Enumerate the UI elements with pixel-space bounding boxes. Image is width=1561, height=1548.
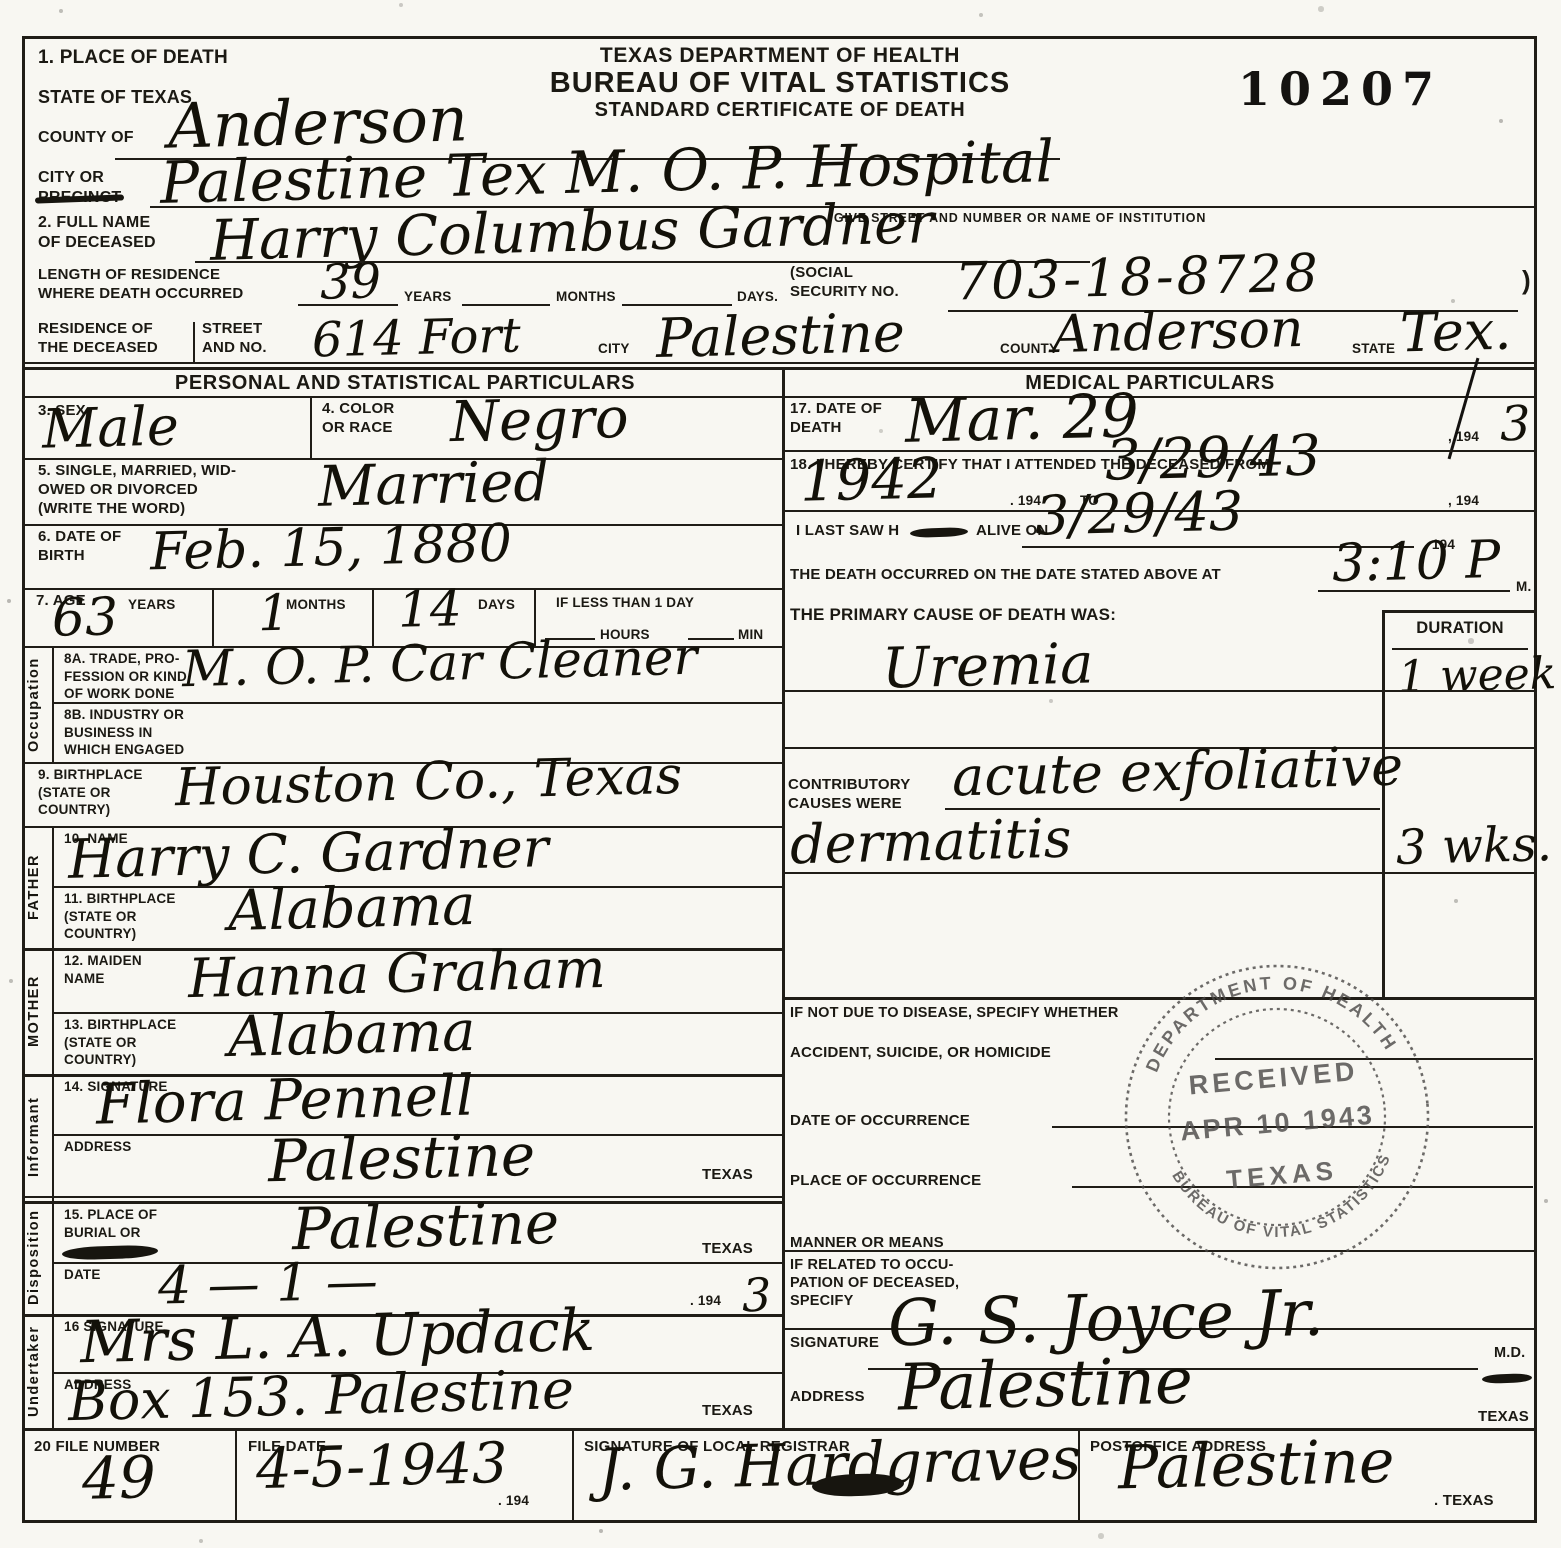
personal-mother_name_label-1-text: NAME (64, 970, 142, 988)
residence-state_label-text: STATE (1352, 340, 1395, 358)
header-county_label-text: COUNTY OF (38, 128, 134, 148)
residence_length-months_label-text: MONTHS (556, 288, 616, 306)
personal-industry_label-1-text: BUSINESS IN (64, 724, 184, 742)
common-dot_texas-text: . TEXAS (1434, 1492, 1494, 1511)
personal-age-min_label-text: MIN (738, 626, 763, 644)
burial-date-194-print: . 194 (690, 1292, 721, 1310)
informant-address-label: ADDRESS (64, 1138, 131, 1156)
mother-birthplace-label: 13. BIRTHPLACE(STATE ORCOUNTRY) (64, 1016, 176, 1069)
death-time-handwritten: 3:10 P (1331, 530, 1501, 594)
personal-trade_label-0-text: 8A. TRADE, PRO- (64, 650, 187, 668)
common-comma_194-text: , 194 (1448, 492, 1479, 510)
length-of-residence-label: LENGTH OF RESIDENCEWHERE DEATH OCCURRED (38, 266, 243, 304)
stamp-received-text: RECEIVED (1188, 1056, 1360, 1101)
common-texas-text: TEXAS (1478, 1408, 1529, 1427)
medical-dod_label-0-text: 17. DATE OF (790, 400, 882, 419)
personal-burial_label-0-text: 15. PLACE OF (64, 1206, 157, 1224)
duration-box-left-border (1382, 610, 1385, 997)
postoffice-texas-label: . TEXAS (1434, 1492, 1494, 1511)
him-scribble (910, 527, 968, 538)
personal-burial_label-1-text: BURIAL OR (64, 1224, 157, 1242)
medical-place_occurrence_label-text: PLACE OF OCCURRENCE (790, 1172, 981, 1191)
border-top (22, 36, 1537, 39)
date-of-birth-label: 6. DATE OFBIRTH (38, 528, 121, 566)
name_row-label-0-text: 2. FULL NAME (38, 213, 156, 233)
residence-city-label: CITY (598, 340, 630, 358)
md-struck-scribble (1482, 1373, 1532, 1384)
mother-name-handwritten: Hanna Graham (187, 937, 606, 1010)
days-label: DAYS. (737, 288, 778, 306)
personal-age-months_label-text: MONTHS (286, 596, 346, 614)
personal-father_bp_label-2-text: COUNTRY) (64, 925, 176, 943)
md-label: M.D. (1494, 1344, 1525, 1362)
residence_length-label-0-text: LENGTH OF RESIDENCE (38, 266, 243, 285)
precinct-struck-word: PRECINCT (38, 188, 121, 208)
common-texas-text: TEXAS (702, 1402, 753, 1421)
residence_length-days_label-text: DAYS. (737, 288, 778, 306)
father-side-label: FATHER (26, 826, 42, 948)
scan-noise (0, 0, 2, 2)
death-certificate-scan: 1. PLACE OF DEATH STATE OF TEXAS COUNTY … (0, 0, 1561, 1548)
personal-color_label-0-text: 4. COLOR (322, 400, 394, 419)
physician-texas-label: TEXAS (1478, 1408, 1529, 1427)
center-divider-line (782, 367, 785, 1428)
months-line (462, 304, 550, 306)
undertaker-side-label: Undertaker (26, 1314, 42, 1428)
contributory-label: CONTRIBUTORYCAUSES WERE (788, 776, 910, 814)
race-handwritten-value: Negro (449, 386, 629, 455)
age-divider-1 (212, 588, 214, 646)
header-city_label-0-text: CITY OR (38, 168, 121, 188)
stamp-arc-top: DEPARTMENT OF HEALTH (1135, 962, 1403, 1076)
stamp-date-text: APR 10 1943 (1179, 1100, 1376, 1147)
row8a-bottom-line (52, 702, 782, 704)
mother-side-label: MOTHER (26, 948, 42, 1074)
occupation-side-divider (52, 646, 54, 762)
sex-color-divider (310, 396, 312, 458)
personal-industry_label-0-text: 8B. INDUSTRY OR (64, 706, 184, 724)
common-texas-text: TEXAS (702, 1166, 753, 1185)
file-date-194-print: . 194 (498, 1492, 529, 1510)
father-birthplace-label: 11. BIRTHPLACE(STATE ORCOUNTRY) (64, 890, 176, 943)
months-label: MONTHS (556, 288, 616, 306)
age-days-handwritten: 14 (397, 579, 462, 639)
medical-md_label-text: M.D. (1494, 1344, 1525, 1362)
undertaker-address-handwritten: Box 153. Palestine (67, 1358, 574, 1433)
label-line: DEPARTMENT OF HEALTH (1135, 962, 1403, 1076)
medical-accident_label-text: ACCIDENT, SUICIDE, OR HOMICIDE (790, 1044, 1051, 1063)
medical-related_label-0-text: IF RELATED TO OCCU- (790, 1256, 959, 1274)
mother-birthplace-handwritten: Alabama (227, 999, 476, 1070)
last-saw-handwritten: 3/29/43 (1034, 479, 1244, 547)
personal-color_label-1-text: OR RACE (322, 419, 394, 438)
personal-birthplace_label-2-text: COUNTRY) (38, 801, 143, 819)
accident-suicide-label: ACCIDENT, SUICIDE, OR HOMICIDE (790, 1044, 1051, 1063)
personal-age-days_label-text: DAYS (478, 596, 515, 614)
place-of-occurrence-label: PLACE OF OCCURRENCE (790, 1172, 981, 1191)
dept-title-line1: TEXAS DEPARTMENT OF HEALTH (480, 44, 1080, 68)
city-or-precinct-label: CITY OR PRECINCT (38, 168, 121, 208)
medical-duration_label-text: DURATION (1390, 618, 1530, 639)
personal-trade_label-1-text: FESSION OR KIND (64, 668, 187, 686)
residence-street_label-0-text: STREET (202, 320, 267, 339)
marital-status-label: 5. SINGLE, MARRIED, WID-OWED OR DIVORCED… (38, 462, 236, 518)
cause-line-1 (784, 690, 1535, 692)
primary-cause-label: THE PRIMARY CAUSE OF DEATH WAS: (790, 604, 1116, 625)
undertaker-texas-label: TEXAS (702, 1402, 753, 1421)
residence-label-1-text: THE DECEASED (38, 339, 158, 358)
residence_length-label-1-text: WHERE DEATH OCCURRED (38, 285, 243, 304)
personal-burial_date_label-text: DATE (64, 1266, 101, 1284)
file-number-handwritten: 49 (81, 1443, 156, 1513)
death-time-line (1318, 590, 1510, 592)
medical-occurred_label-text: THE DEATH OCCURRED ON THE DATE STATED AB… (790, 566, 1221, 585)
residence-of-deceased-label: RESIDENCE OFTHE DECEASED (38, 320, 158, 358)
personal-mother_name_label-0-text: 12. MAIDEN (64, 952, 142, 970)
duration-label: DURATION (1390, 618, 1530, 639)
mother-maiden-name-label: 12. MAIDENNAME (64, 952, 142, 987)
age-months-handwritten: 1 (257, 584, 290, 643)
personal-mother_bp_label-2-text: COUNTRY) (64, 1051, 176, 1069)
burial-struck-word-scribble (62, 1244, 158, 1260)
death-occurred-label: THE DEATH OCCURRED ON THE DATE STATED AB… (790, 566, 1221, 585)
name_row-label-1-text: OF DECEASED (38, 233, 156, 253)
personal-birthplace_label-0-text: 9. BIRTHPLACE (38, 766, 143, 784)
contributory-handwritten-line1: acute exfoliative (951, 734, 1404, 808)
personal-birthplace_label-1-text: (STATE OR (38, 784, 143, 802)
not-due-disease-label: IF NOT DUE TO DISEASE, SPECIFY WHETHER (790, 1004, 1119, 1022)
contributory-handwritten-line2: dermatitis (789, 807, 1072, 877)
footer-divider-2 (572, 1428, 574, 1521)
personal-father_bp_label-1-text: (STATE OR (64, 908, 176, 926)
duration-box-top-border (1382, 610, 1535, 613)
dept-title-line3: STANDARD CERTIFICATE OF DEATH (480, 99, 1080, 122)
trade-handwritten-value: M. O. P. Car Cleaner (181, 628, 698, 699)
dod-year-handwritten: 3 (1499, 396, 1531, 453)
residence-brace-line (193, 322, 195, 364)
personal-mother_bp_label-1-text: (STATE OR (64, 1034, 176, 1052)
footer-divider-1 (235, 1428, 237, 1521)
physician-address-handwritten: Palestine (897, 1344, 1194, 1425)
personal-age-years_label-text: YEARS (128, 596, 176, 614)
industry-label: 8B. INDUSTRY ORBUSINESS INWHICH ENGAGED (64, 706, 184, 759)
residence-state-handwritten: Tex. (1399, 299, 1512, 365)
residence-county-label: COUNTY (1000, 340, 1058, 358)
date-of-death-label: 17. DATE OFDEATH (790, 400, 882, 438)
personal-industry_label-2-text: WHICH ENGAGED (64, 741, 184, 759)
marital-handwritten-value: Married (317, 449, 550, 520)
mother-side-divider (52, 948, 54, 1074)
residence-street_label-1-text: AND NO. (202, 339, 267, 358)
medical-last_saw_pre-text: I LAST SAW H (796, 522, 899, 541)
personal-mother_bp_label-0-text: 13. BIRTHPLACE (64, 1016, 176, 1034)
personal-father_bp_label-0-text: 11. BIRTHPLACE (64, 890, 176, 908)
personal-dob_label-1-text: BIRTH (38, 547, 121, 566)
residence_length-ssn_label-1-text: SECURITY NO. (790, 283, 899, 302)
burial-texas-label: TEXAS (702, 1240, 753, 1259)
medical-date_occurrence_label-text: DATE OF OCCURRENCE (790, 1112, 970, 1131)
years-label: YEARS (404, 288, 452, 306)
county-of-label: COUNTY OF (38, 128, 134, 148)
common-print_194-text: . 194 (690, 1292, 721, 1310)
burial-date-label: DATE (64, 1266, 101, 1284)
file-date-handwritten: 4-5-1943 (255, 1431, 508, 1502)
border-left (22, 36, 25, 1523)
residence-county_label-text: COUNTY (1000, 340, 1058, 358)
medical-m_label-text: M. (1516, 578, 1531, 596)
border-right (1534, 36, 1537, 1523)
common-texas-text: TEXAS (702, 1240, 753, 1259)
birthplace-handwritten-value: Houston Co., Texas (174, 746, 683, 818)
common-print_194-text: . 194 (498, 1492, 529, 1510)
personal-trade_label-2-text: OF WORK DONE (64, 685, 187, 703)
residence-city_label-text: CITY (598, 340, 630, 358)
medical-not_disease_label-text: IF NOT DUE TO DISEASE, SPECIFY WHETHER (790, 1004, 1119, 1022)
father-birthplace-handwritten: Alabama (227, 873, 476, 944)
age-days-label: DAYS (478, 596, 515, 614)
if-less-than-day-label: IF LESS THAN 1 DAY (556, 594, 694, 612)
residence-city-handwritten: Palestine (655, 301, 905, 370)
full-name-label: 2. FULL NAMEOF DECEASED (38, 213, 156, 253)
medical-dod_label-1-text: DEATH (790, 419, 882, 438)
physician-address-label: ADDRESS (790, 1388, 865, 1407)
postoffice-handwritten: Palestine (1117, 1427, 1395, 1504)
residence-bottom-line1 (22, 362, 1535, 364)
personal-marital_label-2-text: (WRITE THE WORD) (38, 500, 236, 519)
disposition-side-label: Disposition (26, 1201, 42, 1314)
disposition-side-divider (52, 1201, 54, 1314)
contrib-line-2 (784, 872, 1535, 874)
residence-label-0-text: RESIDENCE OF (38, 320, 158, 339)
color-or-race-label: 4. COLOROR RACE (322, 400, 394, 438)
residence-county-handwritten: Anderson (1051, 299, 1304, 365)
date-of-occurrence-label: DATE OF OCCURRENCE (790, 1112, 970, 1131)
residence_length-paren_close-text: ) (1522, 264, 1531, 297)
personal-section-title: PERSONAL AND STATISTICAL PARTICULARS (60, 372, 750, 395)
medical-address_label-text: ADDRESS (790, 1388, 865, 1407)
residence-years-handwritten: 39 (319, 253, 381, 310)
certify-from-handwritten: 1942 (799, 446, 943, 514)
informant-address-handwritten: Palestine (267, 1121, 536, 1196)
birthplace-label: 9. BIRTHPLACE(STATE ORCOUNTRY) (38, 766, 143, 819)
age-months-label: MONTHS (286, 596, 346, 614)
age-years-label: YEARS (128, 596, 176, 614)
received-stamp: DEPARTMENT OF HEALTH BUREAU OF VITAL STA… (1098, 938, 1456, 1296)
residence-bottom-line2 (22, 367, 1535, 370)
dept-title-line2: BUREAU OF VITAL STATISTICS (480, 67, 1080, 100)
occupation-side-label: Occupation (26, 648, 42, 762)
contrib-duration-handwritten: 3 wks. (1395, 816, 1552, 876)
physician-signature-label: SIGNATURE (790, 1334, 879, 1353)
place-of-burial-label: 15. PLACE OFBURIAL OR (64, 1206, 157, 1241)
border-bottom (22, 1520, 1537, 1523)
personal-marital_label-1-text: OWED OR DIVORCED (38, 481, 236, 500)
sex-handwritten-value: Male (41, 394, 179, 460)
personal-informant_addr_label-text: ADDRESS (64, 1138, 131, 1156)
personal-marital_label-0-text: 5. SINGLE, MARRIED, WID- (38, 462, 236, 481)
informant-side-divider (52, 1074, 54, 1201)
social-security-label: (SOCIALSECURITY NO. (790, 264, 899, 302)
years-line (298, 304, 398, 306)
ssn-paren-close: ) (1522, 264, 1531, 297)
street-handwritten-value: 614 Fort (311, 307, 521, 368)
place-of-death-label: 1. PLACE OF DEATH (38, 46, 228, 70)
medical-signature_label-text: SIGNATURE (790, 1334, 879, 1353)
age-years-handwritten: 63 (51, 587, 119, 649)
personal-dob_label-0-text: 6. DATE OF (38, 528, 121, 547)
stamp-texas-text: TEXAS (1225, 1155, 1339, 1195)
residence_length-ssn_label-0-text: (SOCIAL (790, 264, 899, 283)
last-saw-pre-label: I LAST SAW H (796, 522, 899, 541)
header-place_of_death_label-text: 1. PLACE OF DEATH (38, 46, 228, 70)
trade-label: 8A. TRADE, PRO-FESSION OR KINDOF WORK DO… (64, 650, 187, 703)
street-and-no-label: STREETAND NO. (202, 320, 267, 358)
cause-duration-handwritten: 1 week (1397, 648, 1557, 703)
informant-side-label: Informant (26, 1074, 42, 1200)
informant-address-texas-label: TEXAS (702, 1166, 753, 1185)
certificate-number: 10207 (1238, 62, 1443, 116)
death-time-m-label: M. (1516, 578, 1531, 596)
personal-age-if_less_label-text: IF LESS THAN 1 DAY (556, 594, 694, 612)
undertaker-side-divider (52, 1314, 54, 1428)
medical-contrib_label-0-text: CONTRIBUTORY (788, 776, 910, 795)
section-title-bottom-line (22, 396, 1535, 398)
dob-handwritten-value: Feb. 15, 1880 (149, 514, 512, 583)
min-label: MIN (738, 626, 763, 644)
residence-state-label: STATE (1352, 340, 1395, 358)
certify-194b-print: , 194 (1448, 492, 1479, 510)
residence_length-years_label-text: YEARS (404, 288, 452, 306)
medical-primary_cause_label-text: THE PRIMARY CAUSE OF DEATH WAS: (790, 604, 1116, 625)
